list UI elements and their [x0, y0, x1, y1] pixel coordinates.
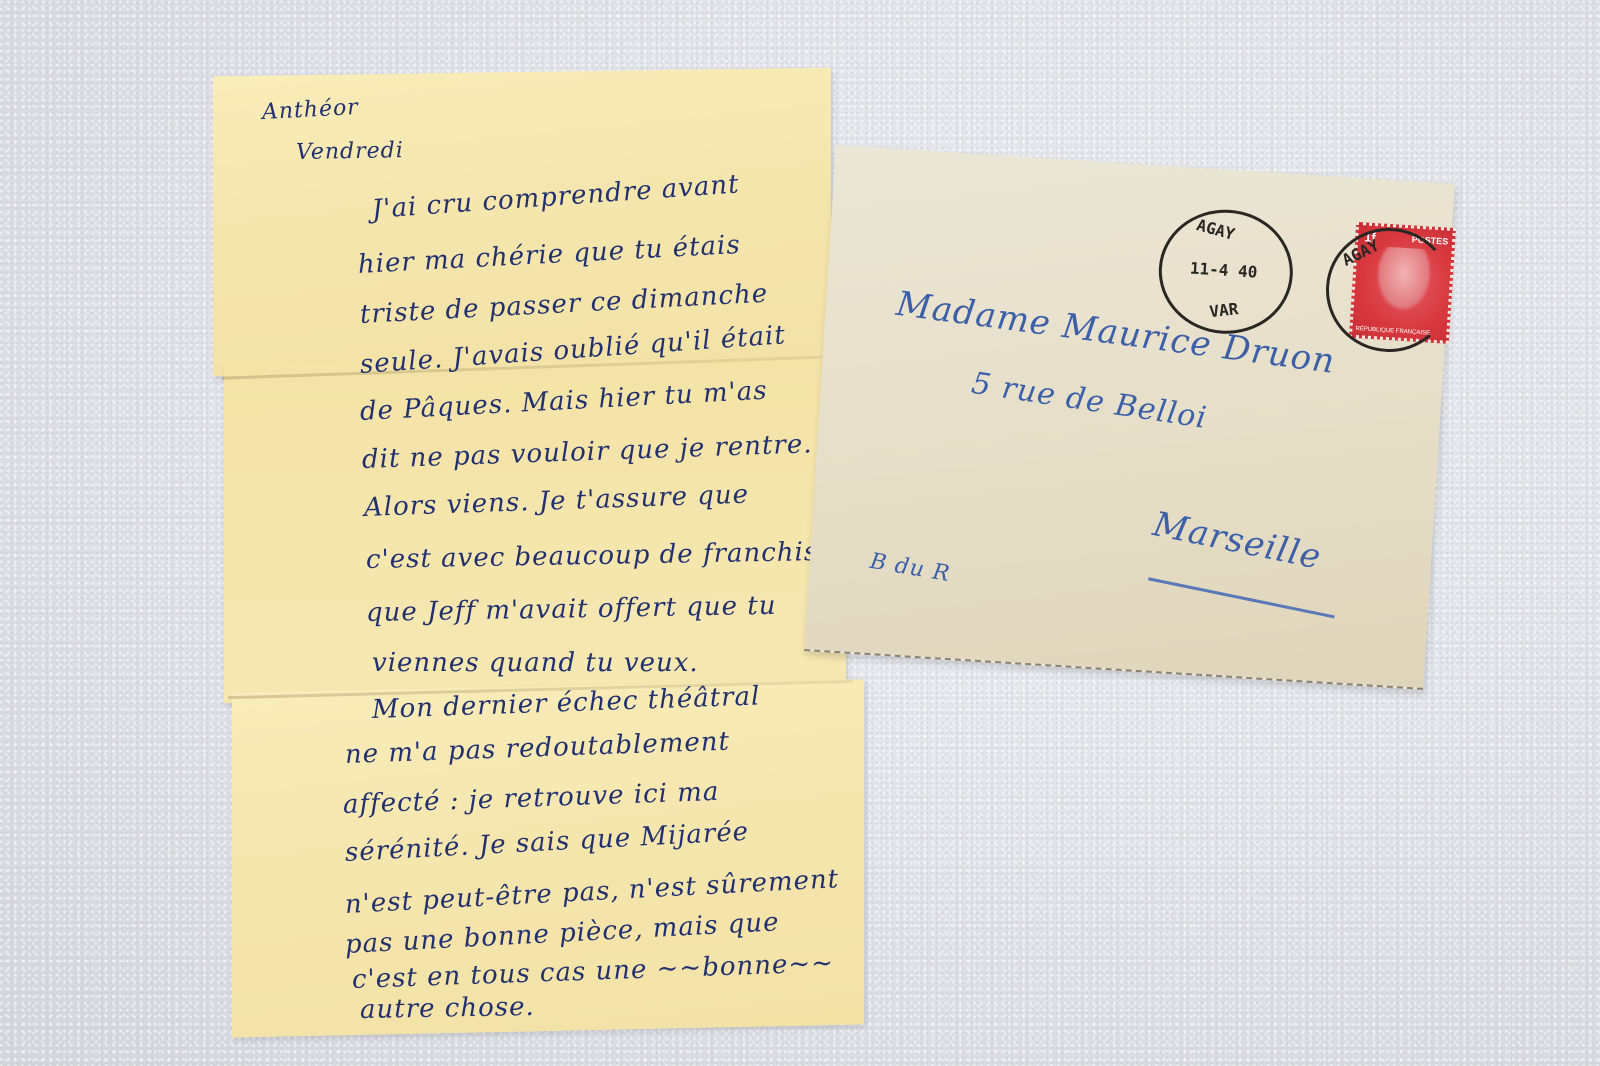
address-city: Marseille — [1150, 504, 1325, 577]
postmark-town: AGAY — [1195, 215, 1237, 244]
postmark-date: 11-4 40 — [1189, 258, 1257, 281]
postmark-circle: AGAY 11-4 40 VAR — [1155, 206, 1297, 338]
address-street: 5 rue de Belloi — [969, 366, 1209, 436]
city-underline — [1148, 577, 1335, 618]
envelope: AGAY 11-4 40 VAR 1f POSTES RÉPUBLIQUE FR… — [804, 145, 1455, 690]
address-region: B du R — [868, 549, 952, 587]
postmark-department: VAR — [1208, 299, 1239, 321]
postmark-town: AGAY — [1339, 236, 1382, 270]
